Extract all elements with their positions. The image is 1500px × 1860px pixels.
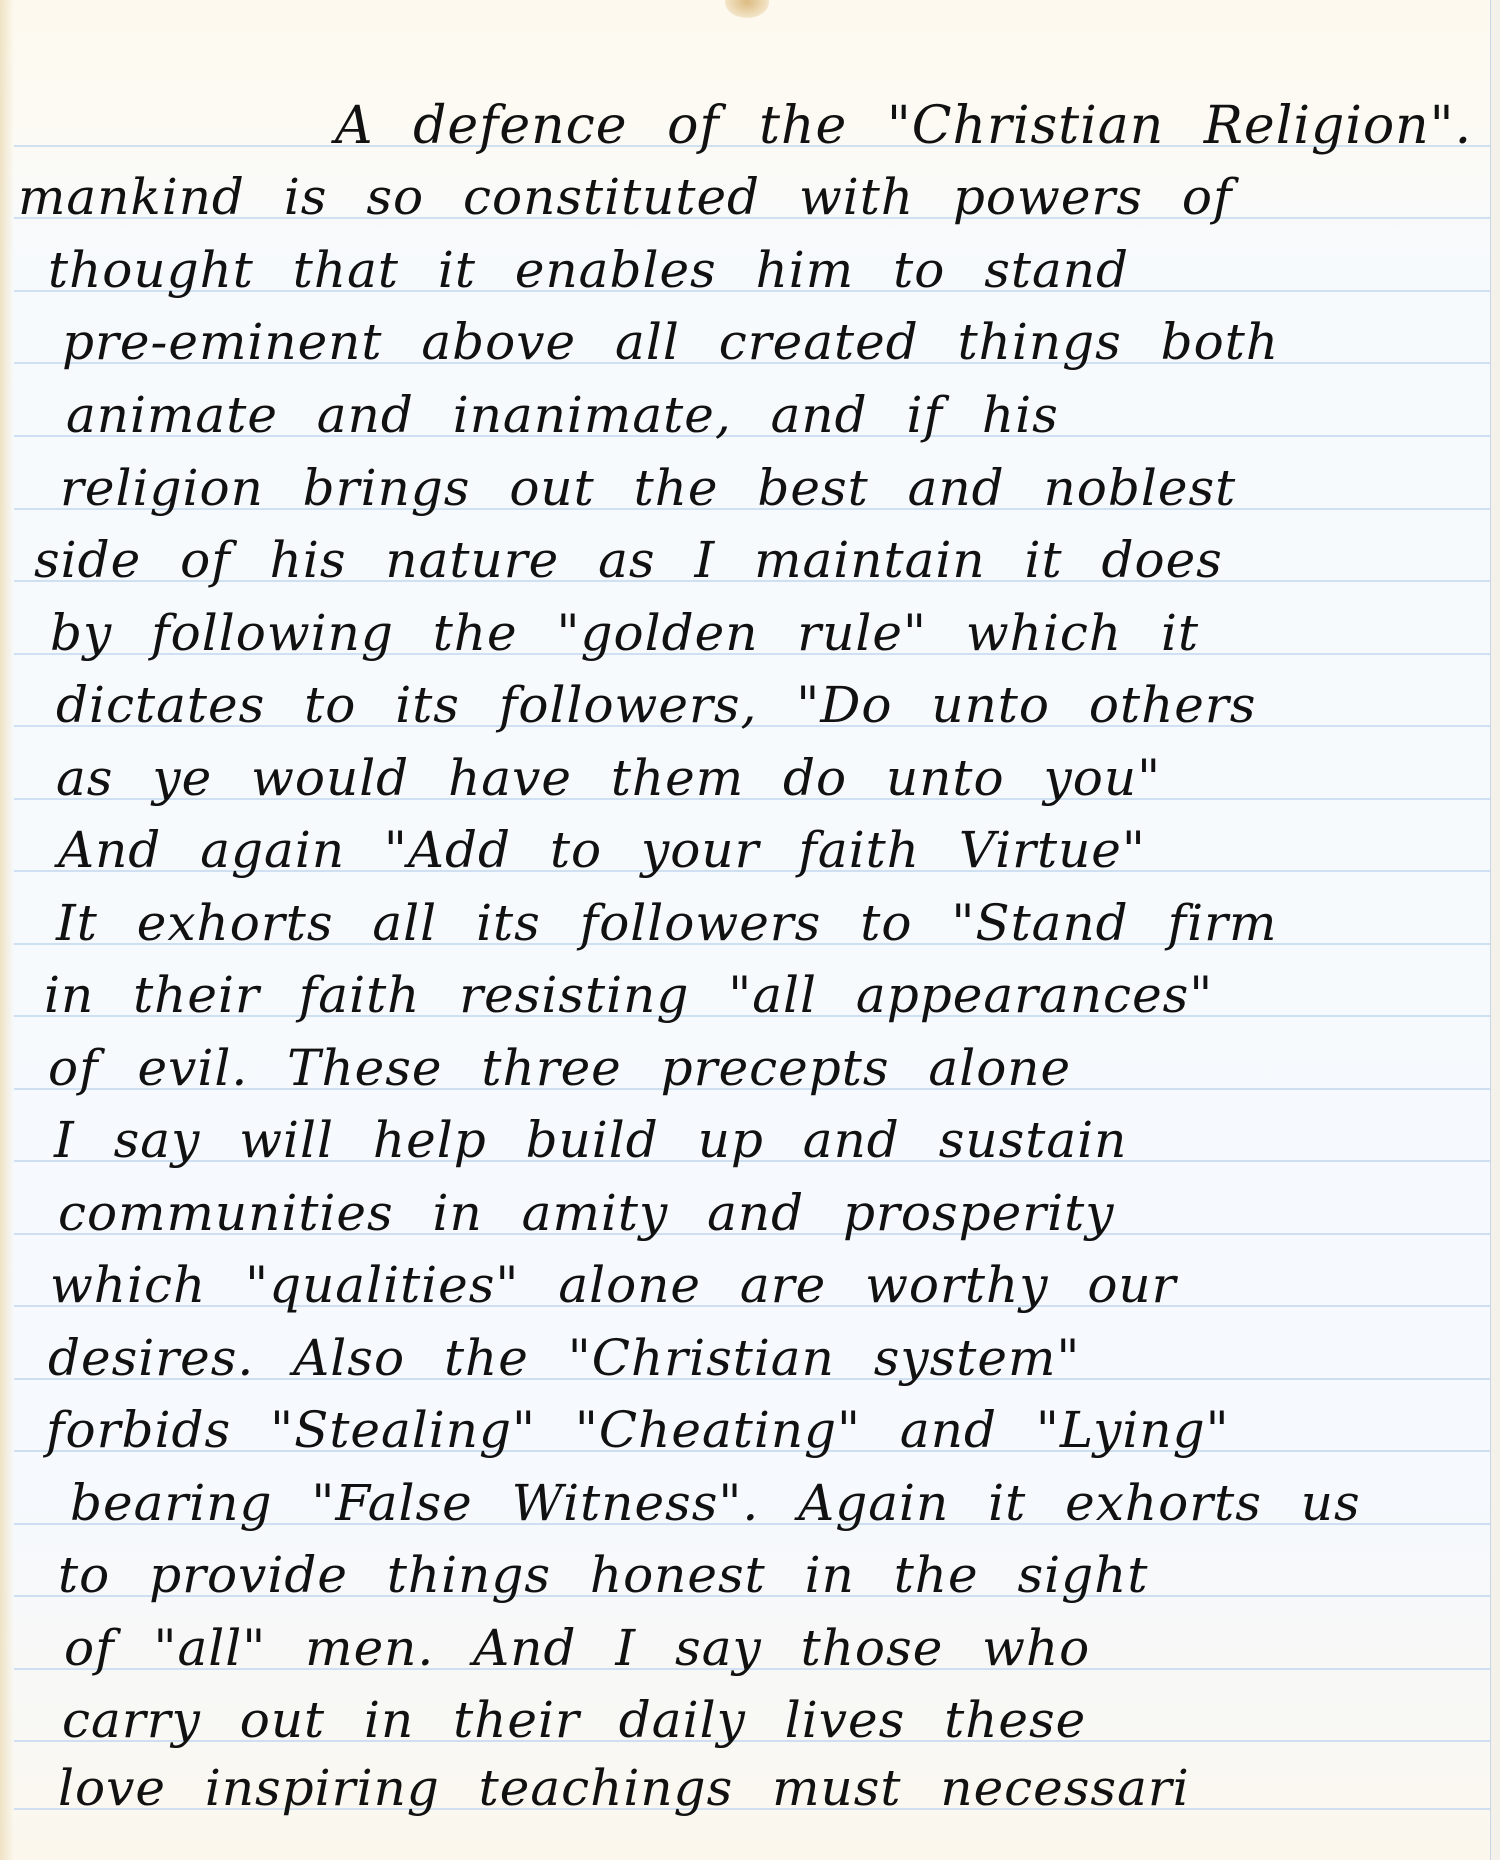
- text-line: which "qualities" alone are worthy our: [50, 1260, 1177, 1310]
- text-line: I say will help build up and sustain: [54, 1115, 1127, 1165]
- text-line: to provide things honest in the sight: [58, 1550, 1148, 1600]
- text-line: love inspiring teachings must necessari: [58, 1763, 1190, 1813]
- text-line: of evil. These three precepts alone: [48, 1043, 1071, 1093]
- page-right-edge: [1490, 0, 1500, 1860]
- document-title: A defence of the "Christian Religion".: [335, 100, 1472, 152]
- text-line: side of his nature as I maintain it does: [34, 535, 1223, 585]
- text-line: animate and inanimate, and if his: [66, 390, 1059, 440]
- text-line: by following the "golden rule" which it: [50, 608, 1199, 658]
- text-line: as ye would have them do unto you": [56, 753, 1161, 803]
- text-line: carry out in their daily lives these: [62, 1695, 1086, 1745]
- text-line: bearing "False Witness". Again it exhort…: [70, 1478, 1361, 1528]
- text-line: of "all" men. And I say those who: [64, 1623, 1090, 1673]
- text-line: thought that it enables him to stand: [48, 245, 1129, 295]
- notebook-page: A defence of the "Christian Religion". m…: [0, 0, 1490, 1860]
- text-line: religion brings out the best and noblest: [60, 463, 1236, 513]
- aged-left-edge: [0, 0, 14, 1860]
- text-line: And again "Add to your faith Virtue": [58, 825, 1146, 875]
- paper-stain: [725, 0, 769, 18]
- text-line: communities in amity and prosperity: [58, 1188, 1115, 1238]
- text-line: in their faith resisting "all appearance…: [44, 970, 1213, 1020]
- text-line: dictates to its followers, "Do unto othe…: [56, 680, 1256, 730]
- text-line: pre-eminent above all created things bot…: [62, 317, 1279, 367]
- text-line: It exhorts all its followers to "Stand f…: [56, 898, 1277, 948]
- text-line: mankind is so constituted with powers of: [18, 172, 1232, 222]
- text-line: desires. Also the "Christian system": [48, 1333, 1080, 1383]
- text-line: forbids "Stealing" "Cheating" and "Lying…: [46, 1405, 1230, 1455]
